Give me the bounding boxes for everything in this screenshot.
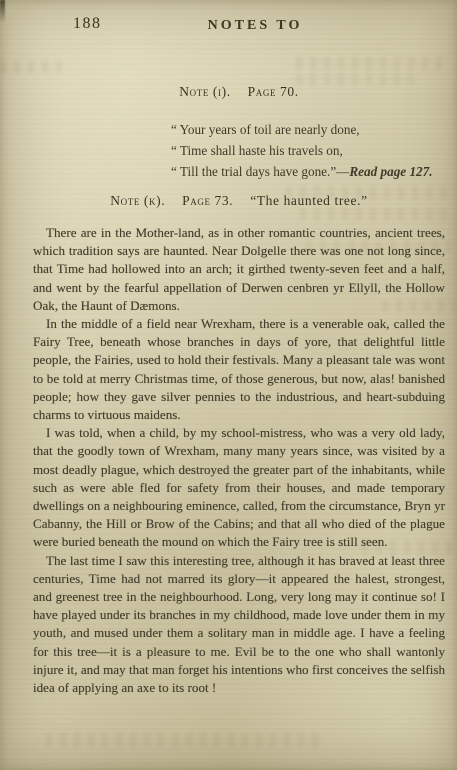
- verse-quotation: “ Your years of toil are nearly done, “ …: [171, 119, 445, 182]
- verse-line-with-reference: “ Till the trial days have gone.”—Read p…: [171, 161, 445, 182]
- running-title: NOTES TO: [49, 18, 457, 34]
- verse-line: “ Your years of toil are nearly done,: [171, 119, 445, 140]
- note-k-title-quote: “The haunted tree.”: [250, 193, 367, 208]
- paragraph-fairy-tree: In the middle of a field near Wrexham, t…: [33, 315, 445, 424]
- note-i-heading: Note (i). Page 70.: [33, 84, 445, 100]
- verse-line-text: “ Till the trial days have gone.”—: [171, 164, 349, 179]
- verse-line: “ Time shall haste his travels on,: [171, 140, 445, 161]
- note-k-heading: Note (k). Page 73. “The haunted tree.”: [33, 193, 445, 209]
- page-content: 188 NOTES TO Note (i). Page 70. “ Your y…: [0, 0, 457, 697]
- bleed-through-smudge: [46, 733, 322, 747]
- book-page: 188 NOTES TO Note (i). Page 70. “ Your y…: [0, 0, 457, 770]
- note-k-label: Note (k).: [110, 193, 165, 208]
- note-i-label: Note (i).: [179, 84, 230, 99]
- paragraph-plague-story: I was told, when a child, by my school-m…: [33, 424, 445, 551]
- note-k-page-ref: Page 73.: [182, 193, 233, 208]
- note-k-body: There are in the Mother-land, as in othe…: [33, 224, 445, 697]
- paragraph-motherland-trees: There are in the Mother-land, as in othe…: [33, 224, 445, 315]
- note-i-page-ref: Page 70.: [248, 84, 299, 99]
- verse-reference: Read page 127.: [349, 164, 432, 179]
- paragraph-last-visit: The last time I saw this interesting tre…: [33, 552, 445, 698]
- running-header: 188 NOTES TO: [33, 0, 445, 37]
